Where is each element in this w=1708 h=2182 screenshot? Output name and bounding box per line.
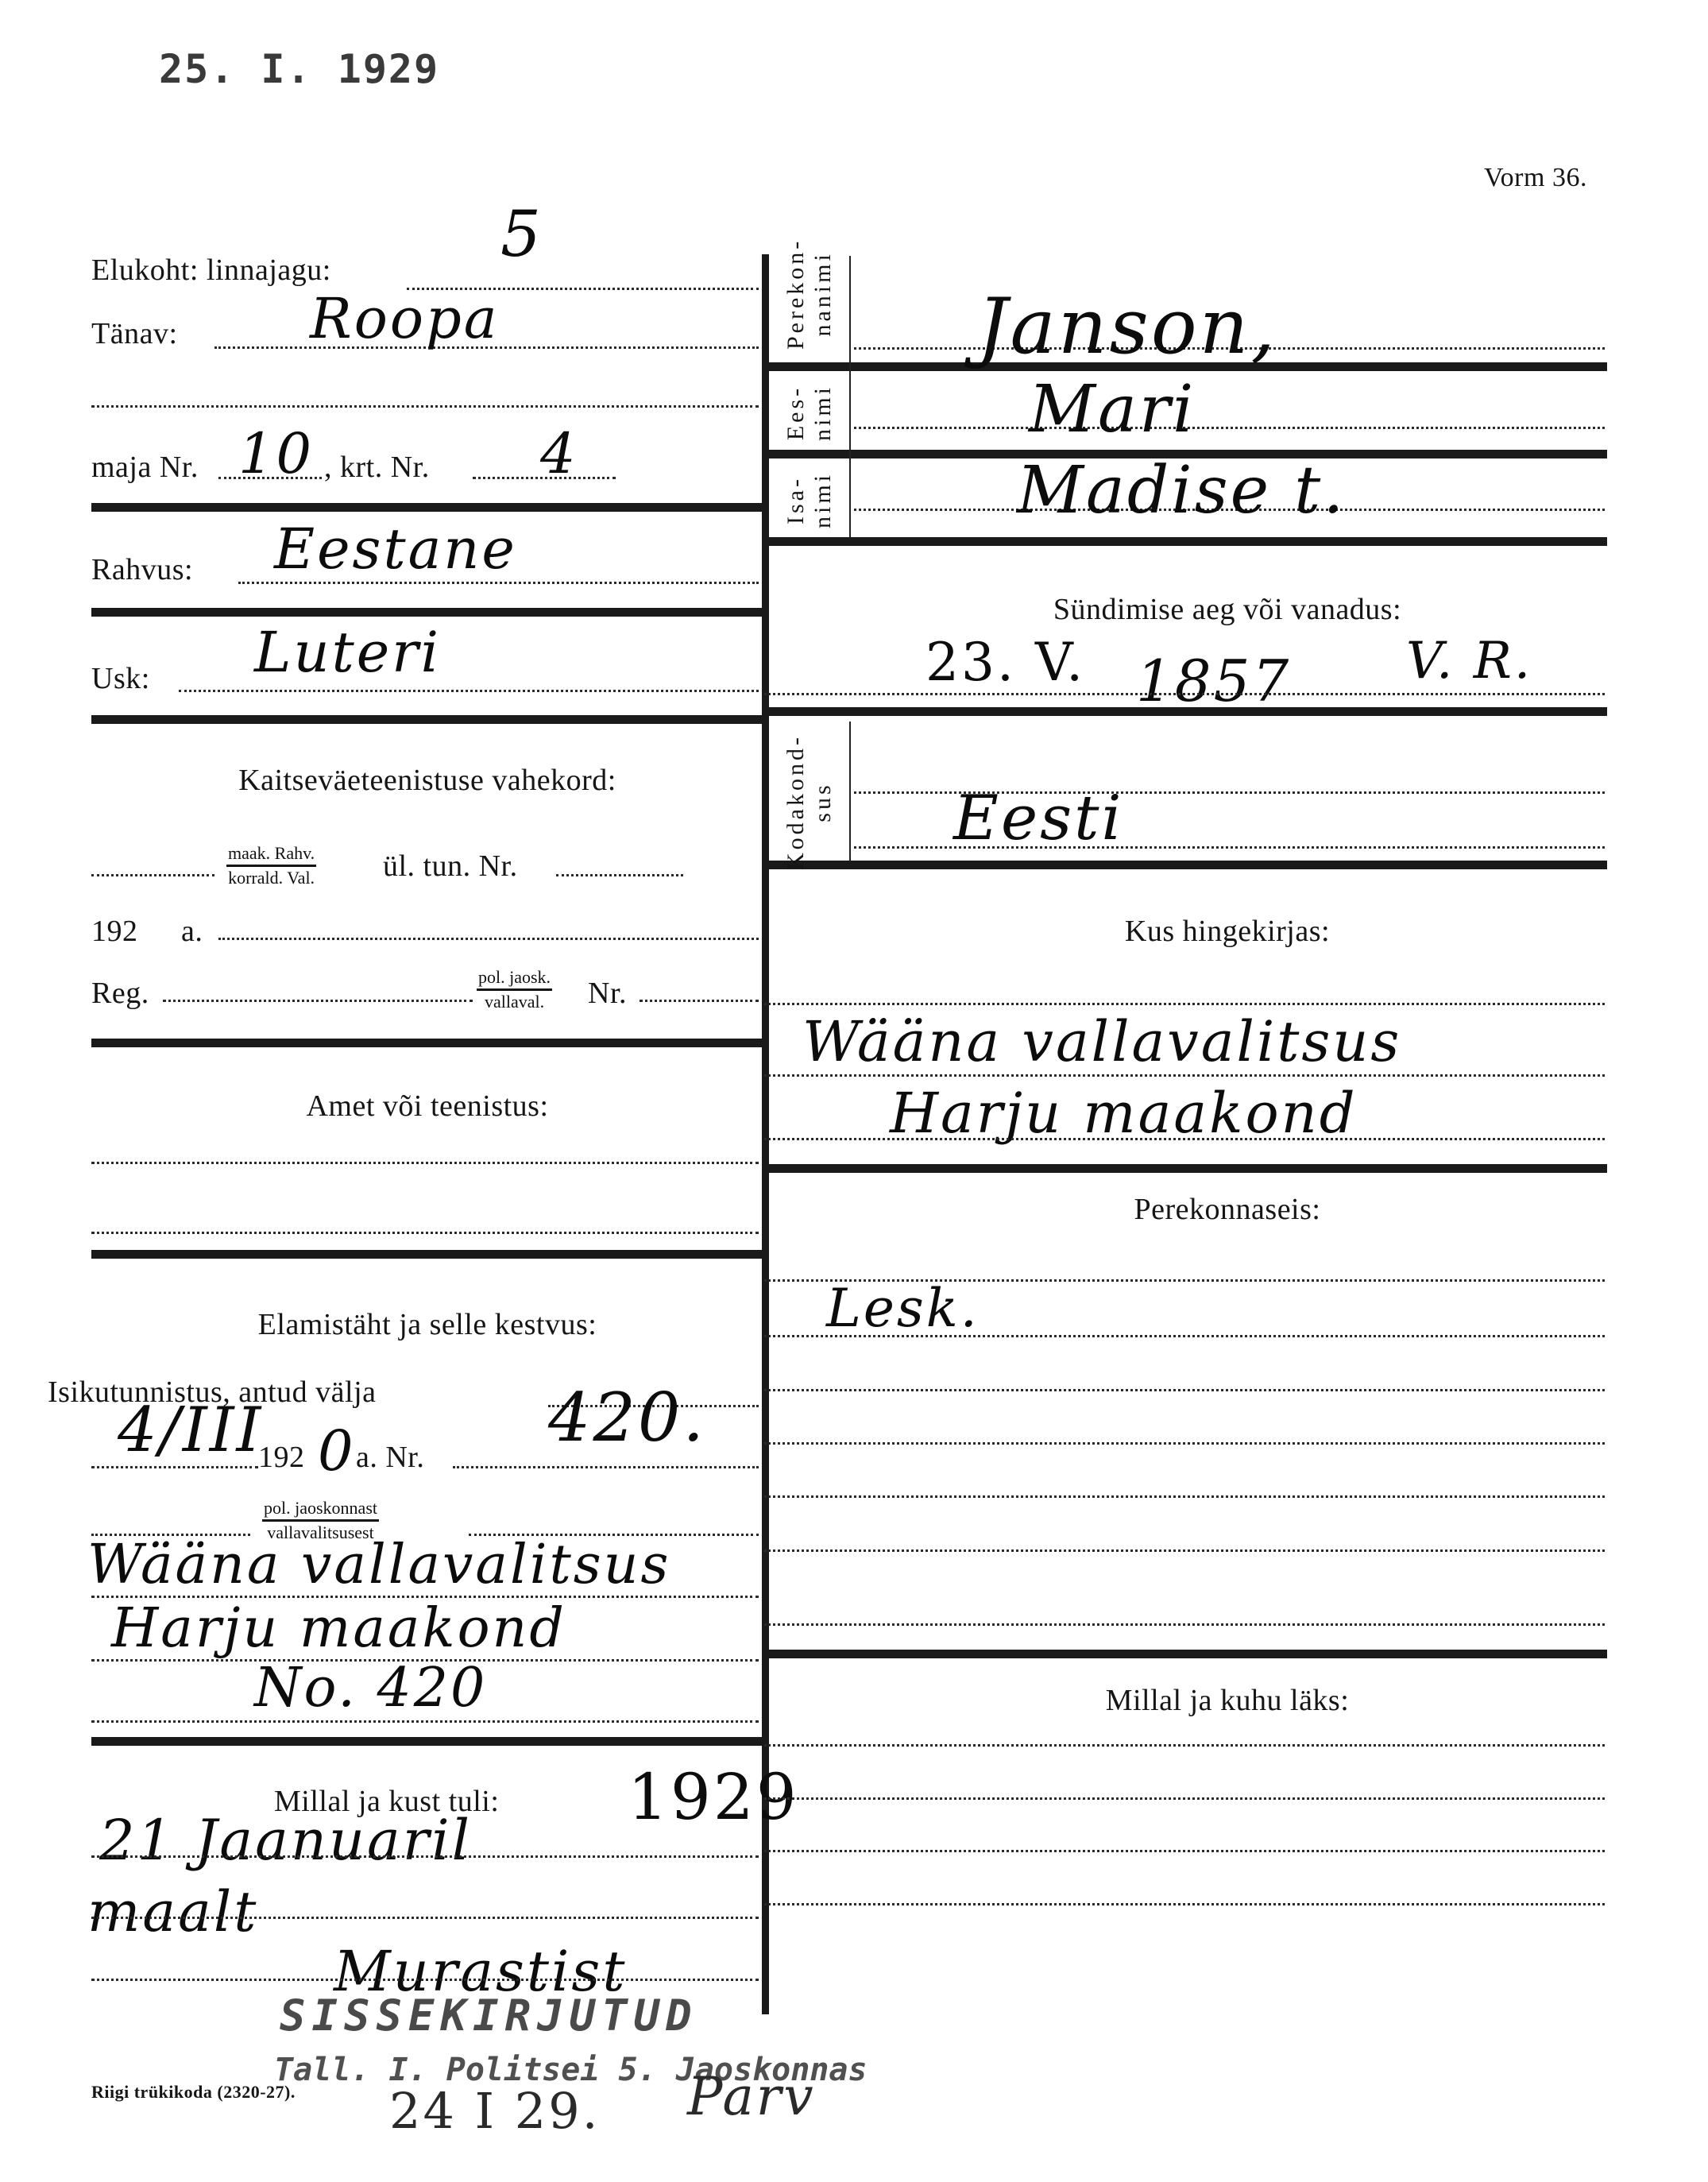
left-rule-4 [91,1039,763,1047]
label-apartment: , krt. Nr. [324,450,430,485]
value-apartment: 4 [540,421,578,486]
left-rule-5 [91,1250,763,1259]
fraction-pol-vallaval: pol. jaosk. vallaval. [477,968,552,1012]
left-rule-2 [91,608,763,617]
value-issuer-line3: No. 420 [254,1657,487,1720]
registry-line-3 [764,1138,1605,1140]
occupation-heading: Amet või teenistus: [91,1089,763,1124]
right-rule-3 [765,537,1607,546]
arrival-line-2 [91,1917,759,1919]
departure-line-4 [764,1903,1605,1905]
label-cell-divider-citizenship [849,722,851,861]
value-arrival-line2: maalt [87,1879,258,1944]
label-tun-nr: ül. tun. Nr. [383,849,518,884]
date-stamp: 25. I. 1929 [159,46,439,92]
nationality-line [238,582,759,584]
left-rule-6 [91,1737,763,1746]
label-religion: Usk: [91,661,150,696]
arrival-line-3 [91,1979,759,1981]
value-birth-note: V. R. [1406,632,1532,691]
military-line-1b [556,874,683,876]
value-marital-status: Lesk. [826,1278,980,1339]
label-father-name: Isa- nimi [783,472,837,528]
value-district: 5 [500,197,543,271]
label-first-name: Ees- nimi [783,385,837,441]
arrival-line-1 [91,1855,759,1858]
label-military-year: 192 [91,914,138,949]
value-id-nr: 420. [548,1379,706,1457]
right-rule-6 [765,1164,1607,1173]
label-cell-divider-names [849,256,851,538]
form-number: Vorm 36. [1484,163,1587,193]
value-surname: Janson, [977,282,1277,371]
value-street: Roopa [310,286,500,351]
value-birth-year: 1857 [1136,648,1291,714]
departure-heading: Millal ja kuhu läks: [850,1683,1605,1718]
label-citizenship: Kodakond- sus [783,734,837,870]
value-arrival-line1: 21 Jaanuaril [99,1808,472,1873]
printer-imprint: Riigi trükikoda (2320-27). [91,2082,296,2103]
registration-stamp-title: SISSEKIRJUTUD [280,1990,698,2041]
label-district: Elukoht: linnajagu: [91,253,331,288]
value-issuer-line1: Wääna vallavalitsus [87,1534,670,1596]
marital-line-5 [764,1495,1605,1498]
label-military-a: a. [181,914,203,949]
marital-line-2 [764,1335,1605,1337]
value-first-name: Mari [1029,372,1196,447]
reg-line [163,1000,473,1002]
left-rule-3 [91,715,763,724]
stamp-signature: Parv [687,2066,816,2127]
occupation-line-2 [91,1232,759,1234]
id-nr-line [453,1466,759,1468]
value-id-date: 4/III [118,1395,263,1466]
marital-line-7 [764,1623,1605,1626]
label-street: Tänav: [91,316,178,351]
center-divider [762,254,769,2014]
street-line-2 [91,405,759,408]
religion-line [179,690,759,692]
left-rule-1 [91,503,763,512]
value-issuer-line2: Harju maakond [111,1597,566,1660]
marital-line-3 [764,1389,1605,1391]
registry-line-2 [764,1074,1605,1077]
departure-line-3 [764,1850,1605,1852]
label-id-a-nr: a. Nr. [356,1440,424,1475]
label-reg: Reg. [91,976,149,1011]
right-rule-5 [765,861,1607,869]
value-religion: Luteri [254,620,441,685]
registry-heading: Kus hingekirjas: [850,914,1605,949]
fraction-maak-korrald: maak. Rahv. korrald. Val. [226,844,316,888]
id-date-line [91,1466,258,1468]
marital-line-6 [764,1549,1605,1552]
stamp-handwritten-date: 24 I 29. [389,2082,600,2140]
value-house: 10 [238,421,314,486]
label-nationality: Rahvus: [91,552,193,587]
value-id-year-digit: 0 [318,1418,356,1484]
marital-line-4 [764,1442,1605,1445]
departure-line-1 [764,1744,1605,1747]
departure-line-2 [764,1797,1605,1800]
military-line-2 [218,938,759,940]
marital-heading: Perekonnaseis: [850,1192,1605,1227]
value-citizenship: Eesti [953,783,1123,854]
military-heading: Kaitseväeteenistuse vahekord: [91,763,763,798]
birth-line [764,693,1605,695]
value-registry-line2: Harju maakond [890,1081,1358,1146]
label-house: maja Nr. [91,450,199,485]
label-id-year: 192 [258,1440,305,1475]
occupation-line-1 [91,1162,759,1164]
value-registry-line1: Wääna vallavalitsus [802,1009,1401,1074]
reg-nr-line [640,1000,759,1002]
residence-status-heading: Elamistäht ja selle kestvus: [91,1307,763,1342]
first-name-line [854,427,1605,429]
right-rule-7 [765,1650,1607,1658]
label-reg-nr: Nr. [588,976,627,1011]
issuer-line-4 [91,1720,759,1723]
value-birth-date: 23. V. [925,632,1085,693]
value-father-name: Madise t. [1017,453,1346,528]
military-line-1a [91,874,214,876]
label-surname: Perekon- nanimi [783,238,837,350]
value-nationality: Eestane [274,516,517,582]
birth-heading: Sündimise aeg või vanadus: [850,592,1605,627]
registry-line-1 [764,1003,1605,1005]
